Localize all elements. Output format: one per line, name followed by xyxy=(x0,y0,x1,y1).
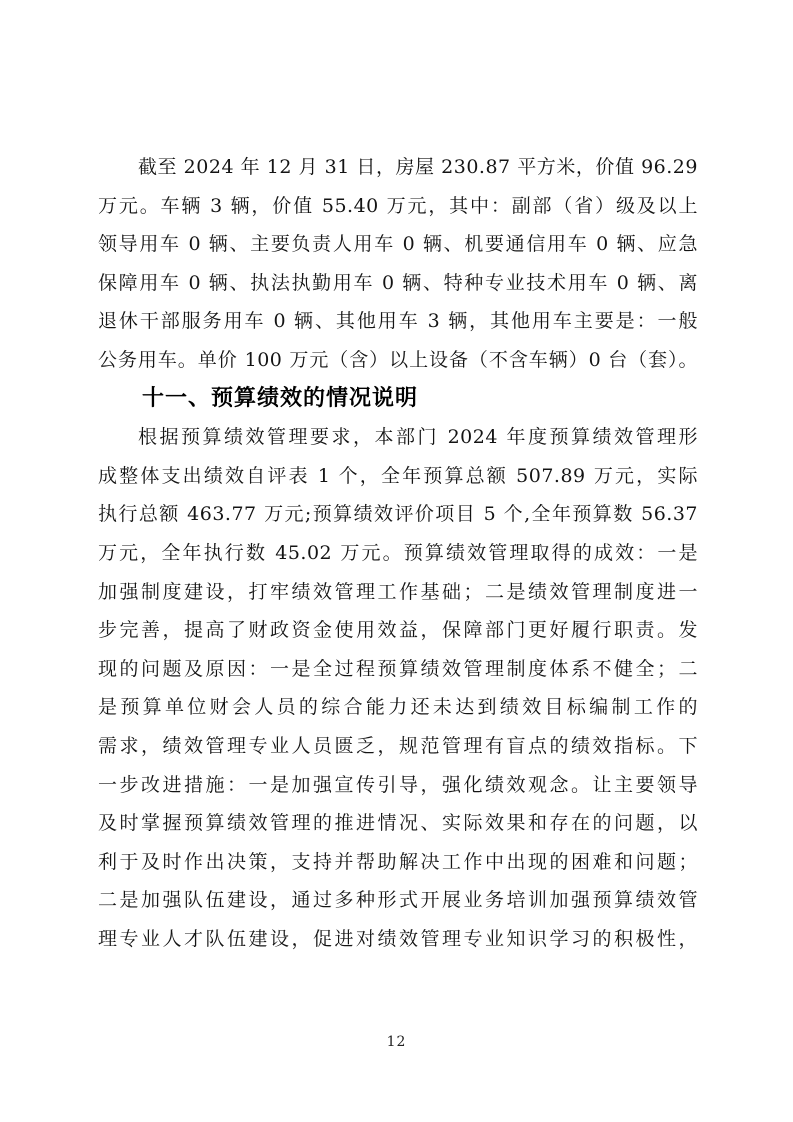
body-line-5: 退休干部服务用车 0 辆、其他用车 3 辆，其他用车主要是：一般 xyxy=(98,302,698,341)
body-line-6: 公务用车。单价 100 万元（含）以上设备（不含车辆）0 台（套）。 xyxy=(98,341,698,380)
body-line-12: 加强制度建设，打牢绩效管理工作基础；二是绩效管理制度进一 xyxy=(98,573,698,612)
body-line-1: 截至 2024 年 12 月 31 日，房屋 230.87 平方米，价值 96.… xyxy=(98,148,698,187)
body-line-9: 成整体支出绩效自评表 1 个，全年预算总额 507.89 万元，实际 xyxy=(98,457,698,496)
page-number: 12 xyxy=(0,1034,793,1050)
document-body: 截至 2024 年 12 月 31 日，房屋 230.87 平方米，价值 96.… xyxy=(98,148,698,958)
body-line-21: 理专业人才队伍建设，促进对绩效管理专业知识学习的积极性， xyxy=(98,920,698,959)
body-line-15: 是预算单位财会人员的综合能力还未达到绩效目标编制工作的 xyxy=(98,688,698,727)
body-line-17: 一步改进措施：一是加强宣传引导，强化绩效观念。让主要领导 xyxy=(98,766,698,805)
body-line-20: 二是加强队伍建设，通过多种形式开展业务培训加强预算绩效管 xyxy=(98,881,698,920)
body-line-11: 万元，全年执行数 45.02 万元。预算绩效管理取得的成效：一是 xyxy=(98,534,698,573)
body-line-16: 需求，绩效管理专业人员匮乏，规范管理有盲点的绩效指标。下 xyxy=(98,727,698,766)
section-heading: 十一、预算绩效的情况说明 xyxy=(98,380,698,419)
body-line-2: 万元。车辆 3 辆，价值 55.40 万元，其中：副部（省）级及以上 xyxy=(98,187,698,226)
body-line-14: 现的问题及原因：一是全过程预算绩效管理制度体系不健全；二 xyxy=(98,650,698,689)
body-line-13: 步完善，提高了财政资金使用效益，保障部门更好履行职责。发 xyxy=(98,611,698,650)
body-line-19: 利于及时作出决策，支持并帮助解决工作中出现的困难和问题； xyxy=(98,843,698,882)
body-line-8: 根据预算绩效管理要求，本部门 2024 年度预算绩效管理形 xyxy=(98,418,698,457)
body-line-3: 领导用车 0 辆、主要负责人用车 0 辆、机要通信用车 0 辆、应急 xyxy=(98,225,698,264)
body-line-18: 及时掌握预算绩效管理的推进情况、实际效果和存在的问题，以 xyxy=(98,804,698,843)
body-line-10: 执行总额 463.77 万元;预算绩效评价项目 5 个,全年预算数 56.37 xyxy=(98,495,698,534)
body-line-4: 保障用车 0 辆、执法执勤用车 0 辆、特种专业技术用车 0 辆、离 xyxy=(98,264,698,303)
document-page: 截至 2024 年 12 月 31 日，房屋 230.87 平方米，价值 96.… xyxy=(0,0,793,1122)
